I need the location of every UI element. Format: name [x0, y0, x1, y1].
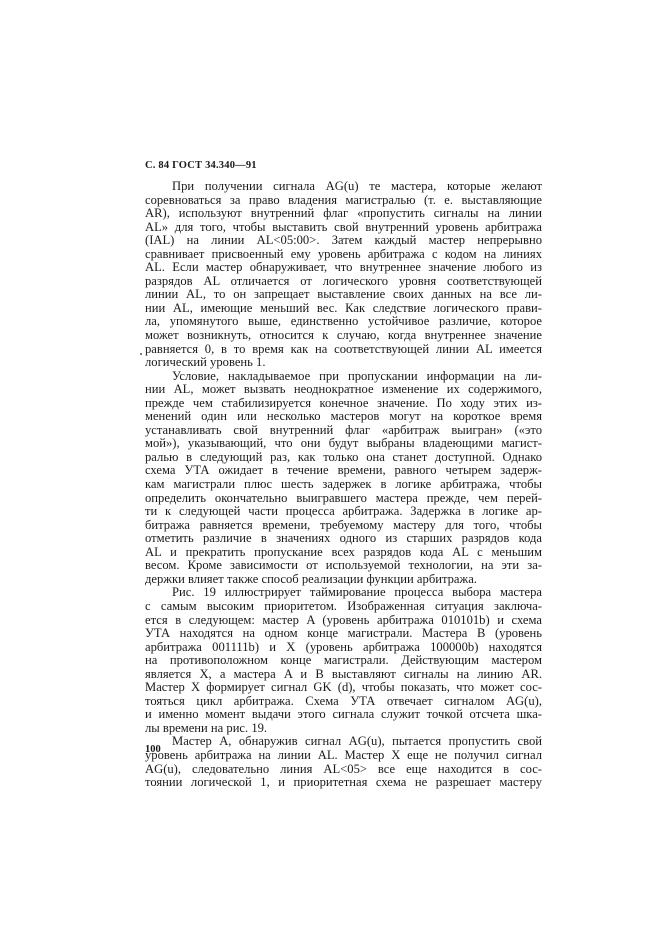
text-line: держки влияет также способ реализации фу…: [145, 573, 542, 587]
text-line: определить окончательно выигравшего маст…: [145, 492, 542, 506]
text-line: прежде чем стабилизируется конечное знач…: [145, 397, 542, 411]
text-line: арбитража 001111b) и X (уровень арбитраж…: [145, 641, 542, 655]
text-line: ралью в следующий раз, как только она ст…: [145, 451, 542, 465]
text-line: AL. Если мастер обнаруживает, что внутре…: [145, 261, 542, 275]
text-line: Мастер A, обнаружив сигнал AG(u), пытает…: [145, 735, 542, 749]
text-line: При получении сигнала AG(u) те мастера, …: [145, 180, 542, 194]
text-line: является X, а мастера A и B выставляют с…: [145, 668, 542, 682]
paragraph: Мастер A, обнаружив сигнал AG(u), пытает…: [145, 735, 542, 789]
text-line: битража равняется времени, требуемому ма…: [145, 519, 542, 533]
text-line: ется в следующем: мастер A (уровень арби…: [145, 614, 542, 628]
paragraph: Условие, накладываемое при пропускании и…: [145, 370, 542, 587]
text-line: тоянии логической 1, и приоритетная схем…: [145, 776, 542, 790]
text-line: схема УТА ожидает в течение времени, рав…: [145, 464, 542, 478]
text-line: весом. Кроме зависимости от используемой…: [145, 559, 542, 573]
document-page: С. 84 ГОСТ 34.340—91 При получении сигна…: [145, 0, 542, 935]
text-line: нии AL, имеющие меньший вес. Как следств…: [145, 302, 542, 316]
text-line: отметить различие в значениях одного из …: [145, 532, 542, 546]
scan-speck: [140, 353, 142, 355]
text-line: AG(u), следовательно линия AL<05> все ещ…: [145, 763, 542, 777]
text-line: с самым высоким приоритетом. Изображенна…: [145, 600, 542, 614]
text-line: УТА находятся на одном конце магистрали.…: [145, 627, 542, 641]
text-line: ла, упомянутого выше, единственно устойч…: [145, 315, 542, 329]
paragraph: Рис. 19 иллюстрирует таймирование процес…: [145, 586, 542, 735]
text-line: лы времени на рис. 19.: [145, 722, 542, 736]
body-text: При получении сигнала AG(u) те мастера, …: [145, 180, 542, 790]
text-line: Рис. 19 иллюстрирует таймирование процес…: [145, 586, 542, 600]
page-number: 100: [145, 744, 161, 755]
text-line: уровень арбитража на линии AL. Мастер X …: [145, 749, 542, 763]
text-line: соревноваться за право владения магистра…: [145, 194, 542, 208]
text-line: Условие, накладываемое при пропускании и…: [145, 370, 542, 384]
text-line: может возникнуть, относится к случаю, ко…: [145, 329, 542, 343]
text-line: разрядов AL отличается от логического ур…: [145, 275, 542, 289]
text-line: мой»), указывающий, что они будут выбран…: [145, 437, 542, 451]
text-line: нии AL, может вызвать неоднократное изме…: [145, 383, 542, 397]
text-line: на противоположном конце магистрали. Дей…: [145, 654, 542, 668]
text-line: (IAL) на линии AL<05:00>. Затем каждый м…: [145, 234, 542, 248]
text-line: кам магистрали плюс шесть задержек в лог…: [145, 478, 542, 492]
paragraph: При получении сигнала AG(u) те мастера, …: [145, 180, 542, 370]
scan-speck: [151, 686, 152, 688]
text-line: AL» для того, чтобы выставить свой внутр…: [145, 221, 542, 235]
text-line: менений один или несколько мастеров могу…: [145, 410, 542, 424]
text-line: логический уровень 1.: [145, 356, 542, 370]
text-line: ти к следующей части процесса арбитража.…: [145, 505, 542, 519]
running-head: С. 84 ГОСТ 34.340—91: [145, 160, 257, 171]
text-line: устанавливать свой внутренний флаг «арби…: [145, 424, 542, 438]
text-line: AR), используют внутренний флаг «пропуст…: [145, 207, 542, 221]
text-line: Мастер X формирует сигнал GK (d), чтобы …: [145, 681, 542, 695]
scan-speck: [468, 752, 469, 753]
text-line: линии AL, то он запрещает выставление св…: [145, 288, 542, 302]
text-line: равняется 0, в то время как на соответст…: [145, 343, 542, 357]
text-line: AL и прекратить пропускание всех разрядо…: [145, 546, 542, 560]
text-line: тояться цикл арбитража. Схема УТА отвеча…: [145, 695, 542, 709]
text-line: сравнивает присвоенный ему уровень арбит…: [145, 248, 542, 262]
text-line: и именно момент выдачи этого сигнала слу…: [145, 708, 542, 722]
